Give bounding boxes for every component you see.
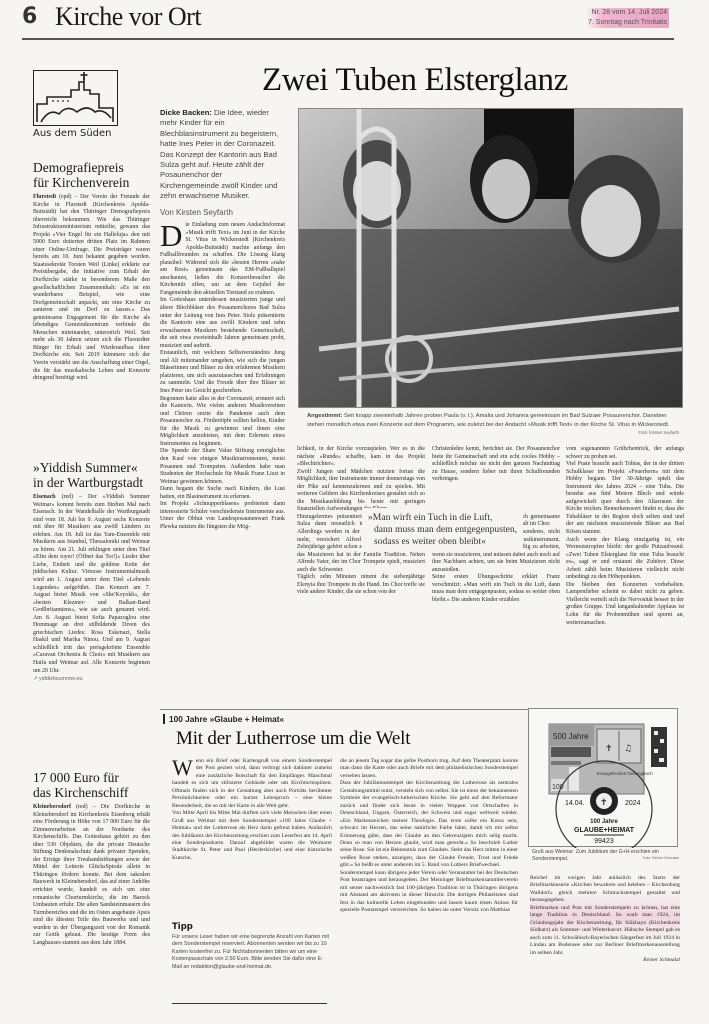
postmark-line1: 100 Jahre [590, 819, 618, 825]
article-body: Kleinebersdorf (red) – Die Dorfkirche in… [33, 804, 150, 947]
tipp-text: Für unsere Leser haben wir eine begrenzt… [172, 934, 332, 971]
article-headline: »Yiddish Summer« in der Wartburgstadt [33, 460, 150, 490]
byline: Von Kirsten Seyfarth [160, 208, 233, 217]
article-body: Flurstedt (epd) – Der Verein der Freunde… [33, 194, 150, 383]
postmark-date-right: 2024 [625, 800, 641, 807]
postmark-date-left: 14.04. [565, 800, 585, 807]
article-body: Eisenach (red) – Der »Yiddish Summer Wei… [33, 494, 150, 675]
tipp-box: Tipp Für unsere Leser haben wir eine beg… [172, 922, 332, 971]
issue-sunday: 7. Sonntag nach Trinitatis [586, 18, 669, 28]
photo-credit: Foto: Kirsten Seyfarth [639, 430, 680, 435]
region-label: Aus dem Süden [33, 128, 112, 139]
issue-info: Nr. 28 vom 14. Juli 2024 7. Sonntag nach… [586, 8, 669, 28]
page-number: 6 [22, 4, 37, 29]
cross-icon: ✝ [605, 744, 613, 754]
article-photo [298, 108, 683, 408]
stamp-subtitle: Evangelisches Gesangbuch [597, 771, 653, 776]
bottom-article-title: Mit der Lutherrose um die Welt [176, 728, 410, 750]
bottom-column-1: W enn ein Brief oder Kartengruß von eine… [172, 758, 332, 862]
sidebar-article-demografiepreis: Demografiepreis für Kirchenverein Flurst… [33, 160, 150, 383]
section-title: Kirche vor Ort [55, 2, 201, 32]
article-headline: Demografiepreis für Kirchenverein [33, 160, 150, 190]
music-note-icon: ♫ [624, 744, 632, 754]
postmark-zip: 99423 [594, 838, 614, 845]
svg-text:✝: ✝ [600, 798, 608, 808]
tipp-title: Tipp [172, 922, 332, 932]
bottom-column-2: die an jenem Tag sogar das gelbe Posthor… [340, 758, 518, 915]
article-lead: Dicke Backen: Die Idee, wieder mehr Kind… [160, 108, 283, 202]
dropcap: D [160, 223, 182, 248]
stamp-photo-credit: Foto: Reiner Schmalzl [643, 856, 679, 860]
header-rule [22, 38, 674, 40]
website-link[interactable]: ↗ yiddishsummer.eu [33, 676, 150, 682]
article-headline: 17 000 Euro für das Kirchenschiff [33, 770, 150, 800]
church-logo-icon [33, 70, 118, 126]
bottom-column-3: Reichel im vorigen Jahr anlässlich des S… [530, 875, 680, 964]
stamp-title: 500 Jahre [553, 732, 589, 741]
sidebar-article-yiddish-summer: »Yiddish Summer« in der Wartburgstadt Ei… [33, 460, 150, 682]
postmark-line2: GLAUBE+HEIMAT [574, 827, 635, 834]
sidebar-article-kirchenschiff: 17 000 Euro für das Kirchenschiff Kleine… [33, 770, 150, 947]
article-column-1: D ie Einladung zum neuen Andachtsformat … [160, 222, 285, 531]
article-column-4: vom sogenannten Grübchentrick, der anfan… [566, 446, 684, 627]
main-article-title: Zwei Tuben Elsterglanz [262, 62, 568, 99]
photo-caption: Angestimmt: Seit knapp zweieinhalb Jahre… [307, 412, 683, 429]
author-name: Reiner Schmalzl [643, 957, 680, 964]
pull-quote: »Man wirft ein Tuch in die Luft, dann mu… [362, 508, 523, 552]
article-kicker: 100 Jahre »Glaube + Heimat« [163, 714, 284, 724]
stamp-image: 500 Jahre 100 ✝ ♫ Evangelisches Gesangbu… [528, 708, 678, 847]
dropcap: W [172, 759, 193, 777]
issue-number-date: Nr. 28 vom 14. Juli 2024 [586, 8, 669, 18]
tipp-rule [172, 1003, 327, 1004]
